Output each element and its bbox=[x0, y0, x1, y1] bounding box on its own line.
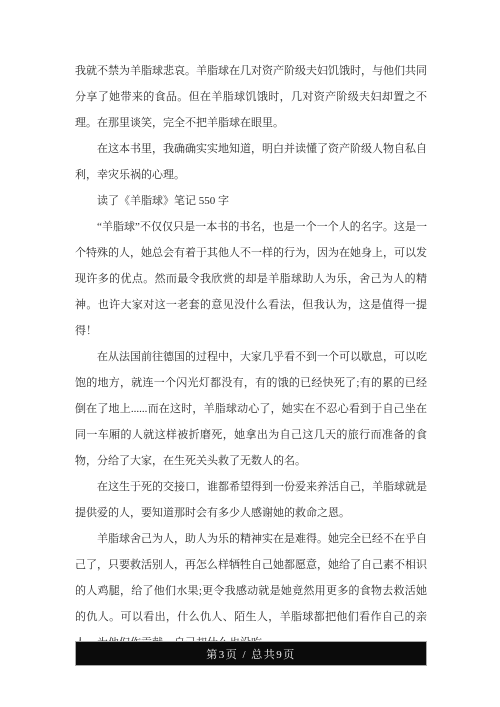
document-body: 我就不禁为羊脂球悲哀。羊脂球在几对资产阶级夫妇饥饿时，与他们共同分享了她带来的食… bbox=[75, 58, 427, 656]
paragraph: 读了《羊脂球》笔记 550 字 bbox=[75, 188, 427, 214]
document-page: 我就不禁为羊脂球悲哀。羊脂球在几对资产阶级夫妇饥饿时，与他们共同分享了她带来的食… bbox=[0, 0, 500, 707]
paragraph: 在这本书里，我确确实实地知道，明白并读懂了资产阶级人物自私自利，幸灾乐祸的心理。 bbox=[75, 136, 427, 188]
paragraph: 在这生于死的交接口，谁都希望得到一份爱来养活自己，羊脂球就是提供爱的人，要知道那… bbox=[75, 474, 427, 526]
page-indicator-bar: 第3页 / 总共9页 bbox=[75, 641, 427, 666]
paragraph: 我就不禁为羊脂球悲哀。羊脂球在几对资产阶级夫妇饥饿时，与他们共同分享了她带来的食… bbox=[75, 58, 427, 136]
paragraph: 在从法国前往德国的过程中，大家几乎看不到一个可以歇息，可以吃饱的地方，就连一个闪… bbox=[75, 344, 427, 474]
paragraph: “羊脂球”不仅仅只是一本书的书名，也是一个一个人的名字。这是一个特殊的人，她总会… bbox=[75, 214, 427, 344]
page-indicator: 第3页 / 总共9页 bbox=[206, 646, 296, 662]
paragraph: 羊脂球舍己为人，助人为乐的精神实在是难得。她完全已经不在乎自己了，只要救活别人，… bbox=[75, 526, 427, 656]
